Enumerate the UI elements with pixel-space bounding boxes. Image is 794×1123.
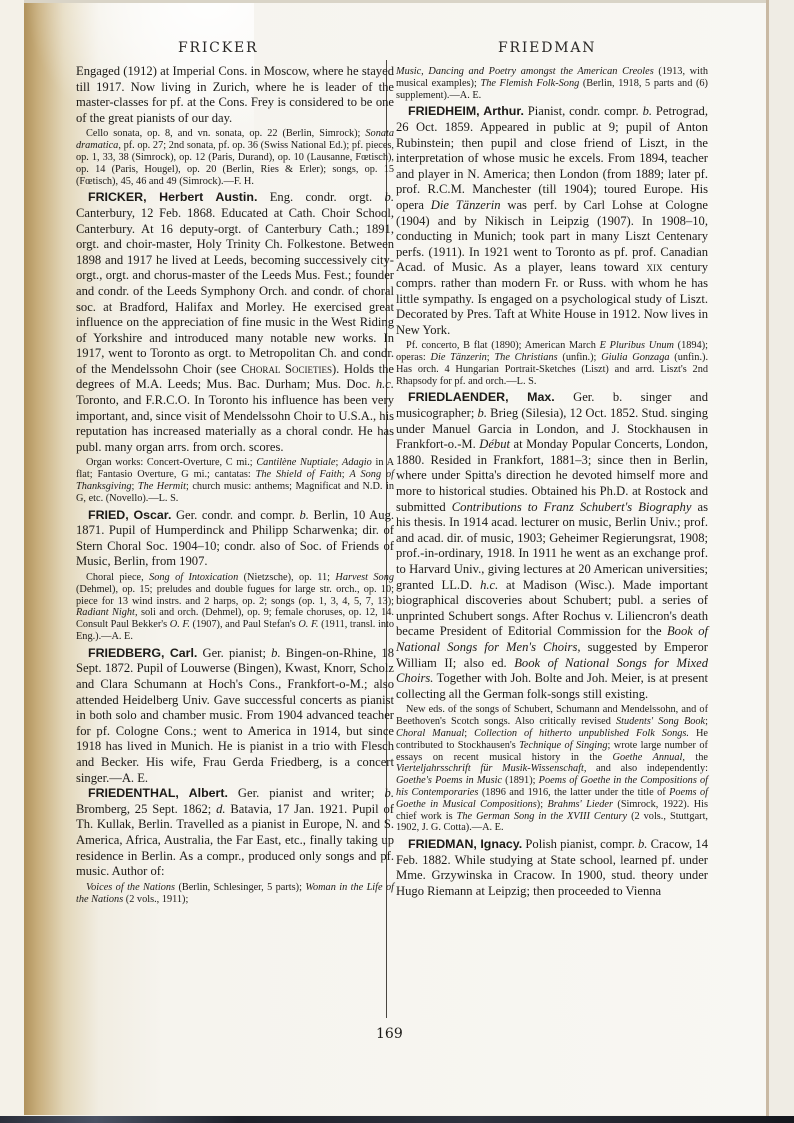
page-right-edge [766, 0, 794, 1123]
headword: FRIEDBERG [88, 646, 161, 660]
entry-friedenthal: FRIEDENTHAL, Albert. Ger. pianist and wr… [76, 786, 394, 880]
friedlaender-works: New eds. of the songs of Schubert, Schum… [396, 704, 708, 834]
entry-friedberg: FRIEDBERG, Carl. Ger. pianist; b. Bingen… [76, 646, 394, 786]
entry-fricker: FRICKER, Herbert Austin. Eng. condr. org… [76, 190, 394, 455]
headword: FRICKER [88, 190, 143, 204]
friedheim-works: Pf. concerto, B flat (1890); American Ma… [396, 340, 708, 387]
entry-fried: FRIED, Oscar. Ger. condr. and compr. b. … [76, 508, 394, 570]
entry-friedheim: FRIEDHEIM, Arthur. Pianist, condr. compr… [396, 104, 708, 338]
friedenthal-works-continuation: Music, Dancing and Poetry amongst the Am… [396, 66, 708, 101]
page-number: 169 [376, 1026, 403, 1042]
friedenthal-works: Voices of the Nations (Berlin, Schlesing… [76, 882, 394, 906]
fried-works: Choral piece, Song of Intoxication (Niet… [76, 572, 394, 643]
running-head-left: FRICKER [178, 40, 258, 56]
running-head-right: FRIEDMAN [498, 40, 596, 56]
entry-friedlaender: FRIEDLAENDER, Max. Ger. b. singer and mu… [396, 390, 708, 702]
headword: FRIEDHEIM [408, 104, 476, 118]
headword: FRIEDMAN [408, 837, 473, 851]
fricker-works: Organ works: Concert-Overture, C mi.; Ca… [76, 457, 394, 504]
background-surface [0, 1116, 794, 1123]
frey-works: Cello sonata, op. 8, and vn. sonata, op.… [76, 128, 394, 187]
headword: FRIED [88, 508, 125, 522]
page-top-edge [24, 0, 766, 3]
entry-friedman: FRIEDMAN, Ignacy. Polish pianist, compr.… [396, 837, 708, 899]
left-column: Engaged (1912) at Imperial Cons. in Mosc… [76, 64, 394, 908]
headword: FRIEDLAENDER [408, 390, 505, 404]
headword: FRIEDENTHAL [88, 786, 175, 800]
cross-reference: Choral Societies [241, 362, 332, 376]
frey-entry-continuation: Engaged (1912) at Imperial Cons. in Mosc… [76, 64, 394, 126]
right-column: Music, Dancing and Poetry amongst the Am… [396, 64, 708, 900]
